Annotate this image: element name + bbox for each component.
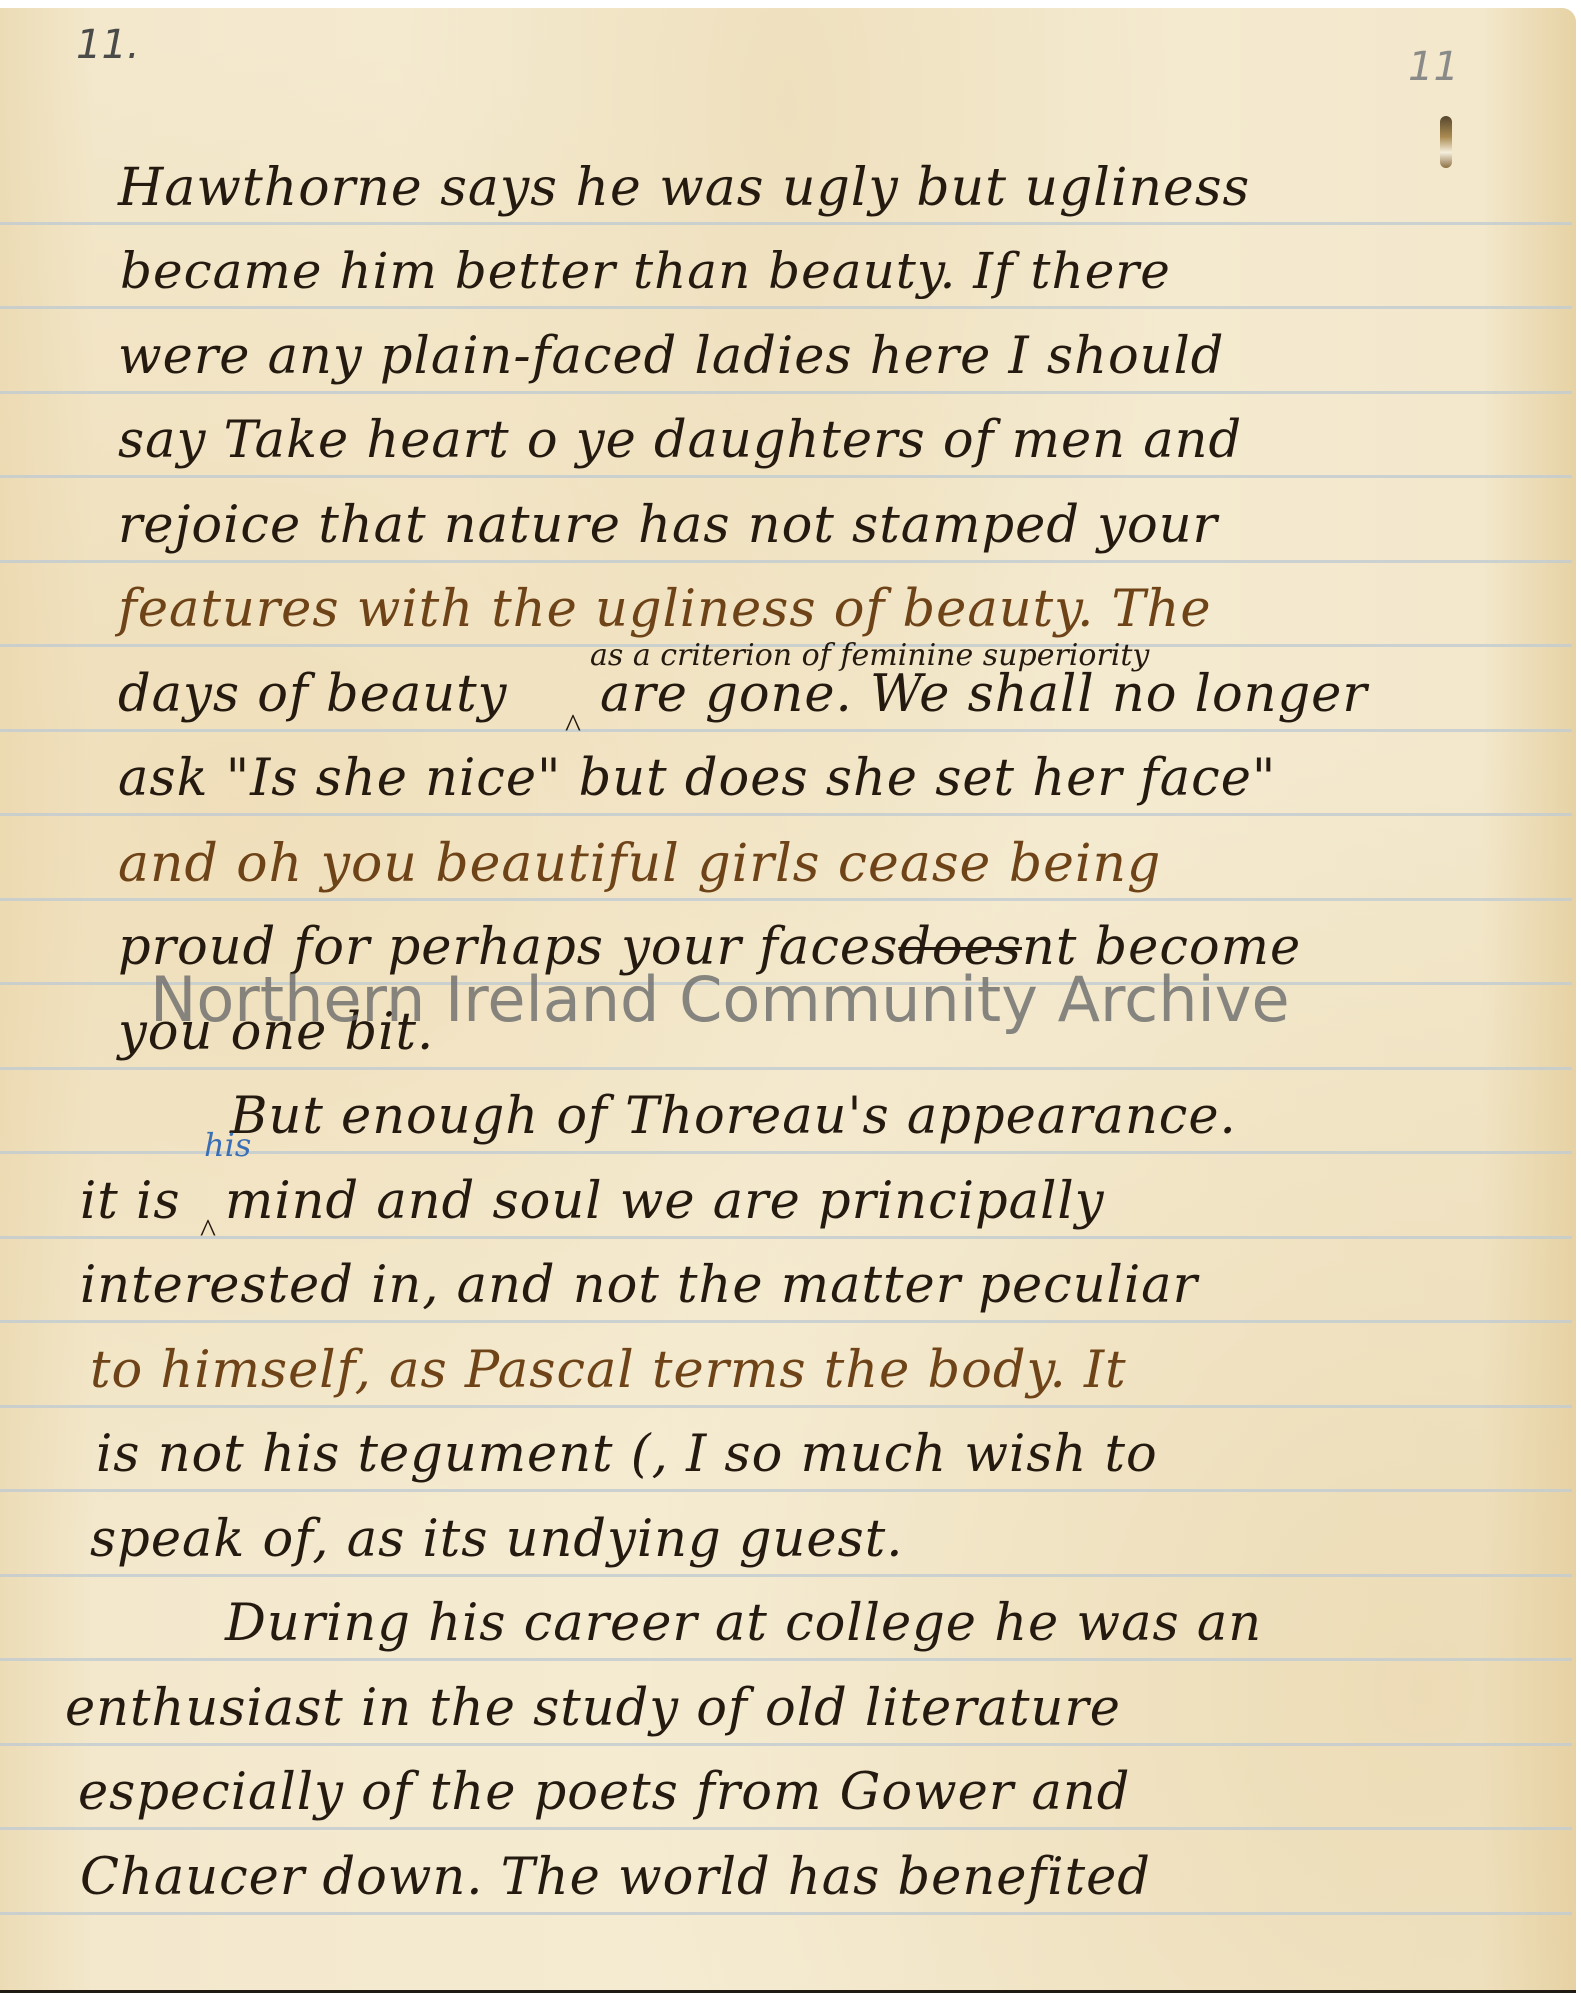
text-line-17: speak of, as its undying guest. [90, 1510, 903, 1569]
insertion-his: his [204, 1126, 251, 1164]
insertion-caret: ^ [200, 1213, 216, 1251]
text-line-7-part-1: days of beauty [118, 665, 507, 724]
ruled-line [0, 1743, 1572, 1746]
ruled-line [0, 475, 1572, 478]
ruled-line [0, 391, 1572, 394]
text-line-13-part-1: it is [80, 1172, 181, 1231]
text-line-18: During his career at college he was an [225, 1594, 1262, 1653]
insertion-caret: ^ [565, 708, 581, 746]
ruled-line [0, 1236, 1572, 1239]
text-line-12: But enough of Thoreau's appearance. [230, 1087, 1237, 1146]
ruled-line [0, 222, 1572, 225]
text-line-2: became him better than beauty. If there [120, 242, 1171, 300]
ruled-line [0, 1320, 1572, 1323]
ruled-line [0, 1405, 1572, 1408]
text-line-7-part-2: are gone. We shall no longer [600, 665, 1368, 724]
text-line-19: enthusiast in the study of old literatur… [65, 1679, 1121, 1738]
text-line-21: Chaucer down. The world has benefited [80, 1848, 1151, 1907]
text-line-20: especially of the poets from Gower and [78, 1763, 1130, 1822]
text-line-3: were any plain-faced ladies here I shoul… [118, 327, 1224, 386]
ruled-line [0, 898, 1572, 901]
page-number-right: 11 [1408, 44, 1459, 90]
text-line-15: to himself, as Pascal terms the body. It [90, 1341, 1127, 1400]
ruled-line [0, 813, 1572, 816]
ruled-line [0, 560, 1572, 563]
ruled-line [0, 1912, 1572, 1915]
ruled-line [0, 729, 1572, 732]
text-line-9: and oh you beautiful girls cease being [118, 834, 1161, 894]
handwritten-page: 11. 11 Hawthorne says he was ugly but ug… [0, 8, 1576, 1990]
text-line-4: say Take heart o ye daughters of men and [118, 411, 1242, 470]
ruled-line [0, 1574, 1572, 1577]
text-line-5: rejoice that nature has not stamped your [118, 496, 1218, 555]
text-line-6: features with the ugliness of beauty. Th… [118, 580, 1212, 639]
text-line-8: ask "Is she nice" but does she set her f… [118, 749, 1276, 808]
text-line-1: Hawthorne says he was ugly but ugliness [118, 158, 1250, 218]
page-number-left: 11. [76, 22, 140, 68]
ruled-line [0, 306, 1572, 309]
archive-watermark: Northern Ireland Community Archive [150, 963, 1290, 1036]
text-line-14: interested in, and not the matter peculi… [80, 1256, 1198, 1315]
pin-hole-mark [1440, 116, 1452, 168]
ruled-line [0, 1658, 1572, 1661]
ruled-line [0, 1489, 1572, 1492]
text-line-16: is not his tegument (, I so much wish to [96, 1425, 1158, 1484]
text-line-13-part-2: mind and soul we are principally [225, 1172, 1105, 1231]
ruled-line [0, 1827, 1572, 1830]
ruled-line [0, 1067, 1572, 1070]
